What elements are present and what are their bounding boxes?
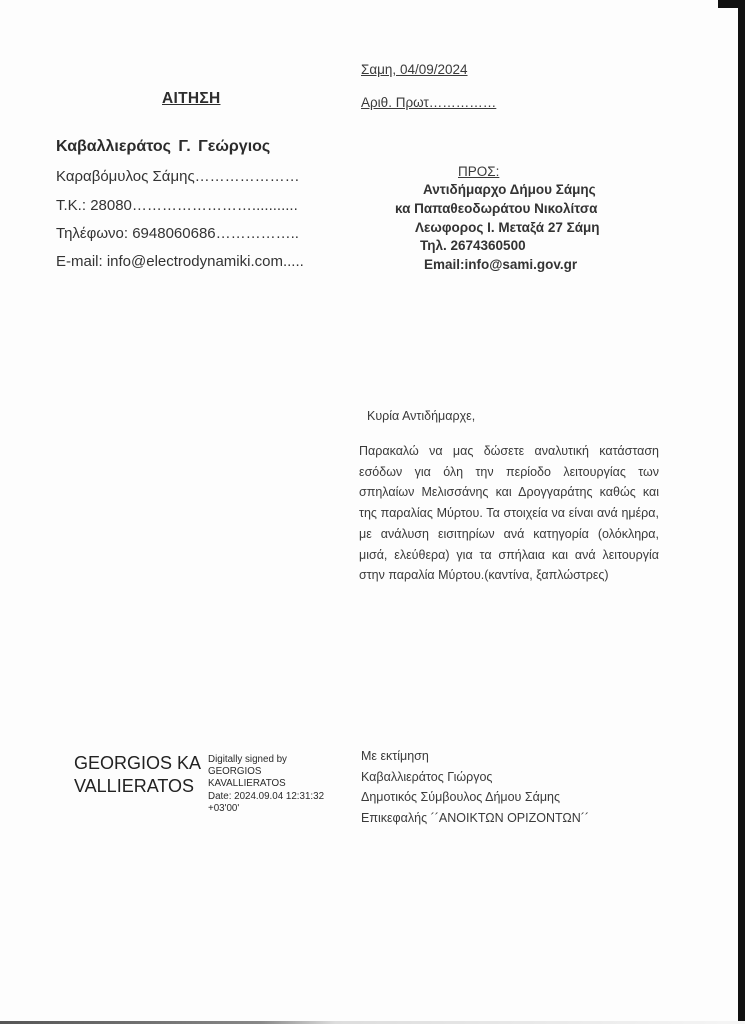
recipient-title: Αντιδήμαρχο Δήμου Σάμης [423, 182, 596, 197]
sender-email: E-mail: info@electrodynamiki.com..... [56, 253, 304, 270]
digital-signature-details: Digitally signed by GEORGIOS KAVALLIERAT… [208, 754, 324, 815]
signature-detail-line: GEORGIOS [208, 766, 324, 778]
signature-detail-date: Date: 2024.09.04 12:31:32 [208, 791, 324, 803]
closing-signer-party: Επικεφαλής ´´ΑΝΟΙΚΤΩΝ ΟΡΙΖΟΝΤΩΝ´´ [361, 808, 589, 829]
recipient-name: κα Παπαθεοδωράτου Νικολίτσα [395, 201, 597, 216]
signature-detail-timezone: +03'00' [208, 803, 324, 815]
salutation: Κυρία Αντιδήμαρχε, [367, 409, 475, 423]
document-page: Σαμη, 04/09/2024 Αριθ. Πρωτ…………… ΑΙΤΗΣΗ … [0, 0, 745, 1024]
recipient-label: ΠΡΟΣ: [458, 164, 499, 179]
sender-phone: Τηλέφωνο: 6948060686…………….. [56, 225, 299, 242]
scan-artifact-right-edge [738, 0, 745, 1024]
document-title: ΑΙΤΗΣΗ [162, 90, 220, 108]
digital-signature-name: GEORGIOS KAVALLIERATOS [74, 752, 202, 798]
closing-block: Με εκτίμηση Καβαλλιεράτος Γιώργος Δημοτι… [361, 746, 589, 828]
protocol-number: Αριθ. Πρωτ…………… [361, 95, 496, 110]
closing-greeting: Με εκτίμηση [361, 746, 589, 767]
signature-detail-line: Digitally signed by [208, 754, 324, 766]
recipient-address: Λεωφορος Ι. Μεταξά 27 Σάμη [415, 220, 600, 235]
closing-signer-name: Καβαλλιεράτος Γιώργος [361, 767, 589, 788]
signature-detail-line: KAVALLIERATOS [208, 778, 324, 790]
letter-body: Παρακαλώ να μας δώσετε αναλυτική κατάστα… [359, 441, 659, 586]
document-date: Σαμη, 04/09/2024 [361, 62, 468, 77]
sender-address: Καραβόμυλος Σάμης………………… [56, 168, 300, 185]
recipient-email: Email:info@sami.gov.gr [424, 257, 577, 272]
sender-name: Καβαλλιεράτος Γ. Γεώργιος [56, 138, 270, 156]
sender-postal-code: Τ.Κ.: 28080……………………........... [56, 197, 298, 214]
closing-signer-role: Δημοτικός Σύμβουλος Δήμου Σάμης [361, 787, 589, 808]
recipient-phone: Τηλ. 2674360500 [420, 238, 526, 253]
